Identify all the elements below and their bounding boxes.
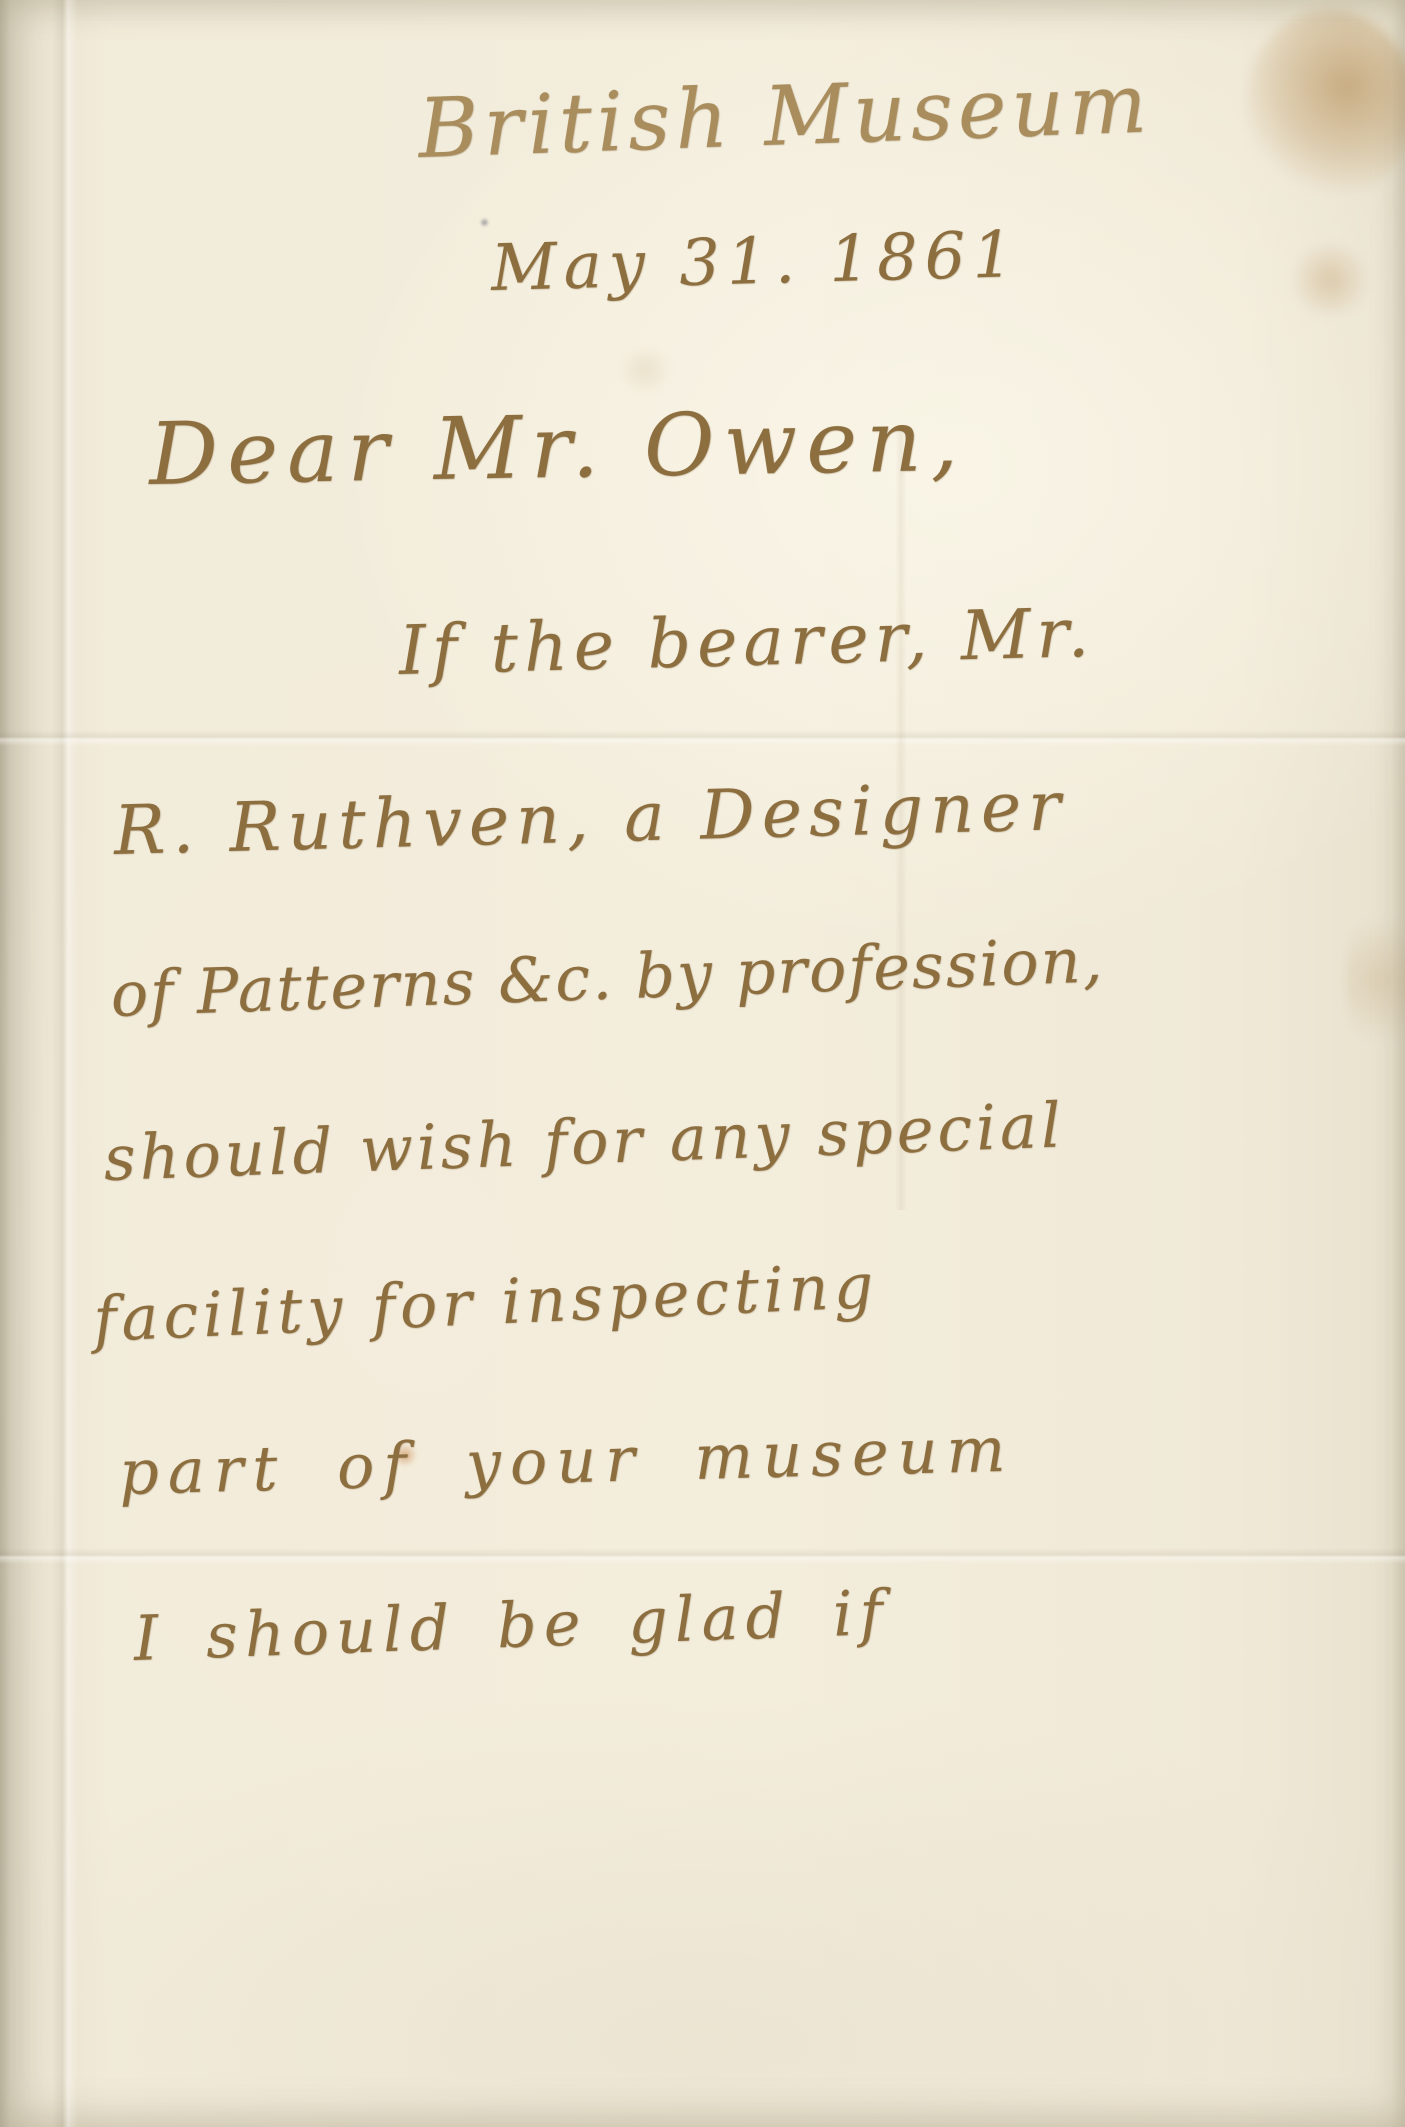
- paper-blemish: [615, 350, 675, 390]
- foxing-stain-right: [1285, 245, 1375, 315]
- lower-fold-crease: [0, 1548, 1405, 1564]
- left-fold-crease: [52, 0, 78, 2127]
- letter-scan: British Museum May 31. 1861 Dear Mr. Owe…: [0, 0, 1405, 2127]
- foxing-stain-top-right: [1245, 10, 1405, 200]
- heading-date: May 31. 1861: [490, 218, 1021, 306]
- salutation: Dear Mr. Owen,: [148, 391, 967, 505]
- ink-speck: [480, 218, 489, 227]
- upper-fold-crease: [0, 730, 1405, 746]
- letter-page: [0, 0, 1405, 2127]
